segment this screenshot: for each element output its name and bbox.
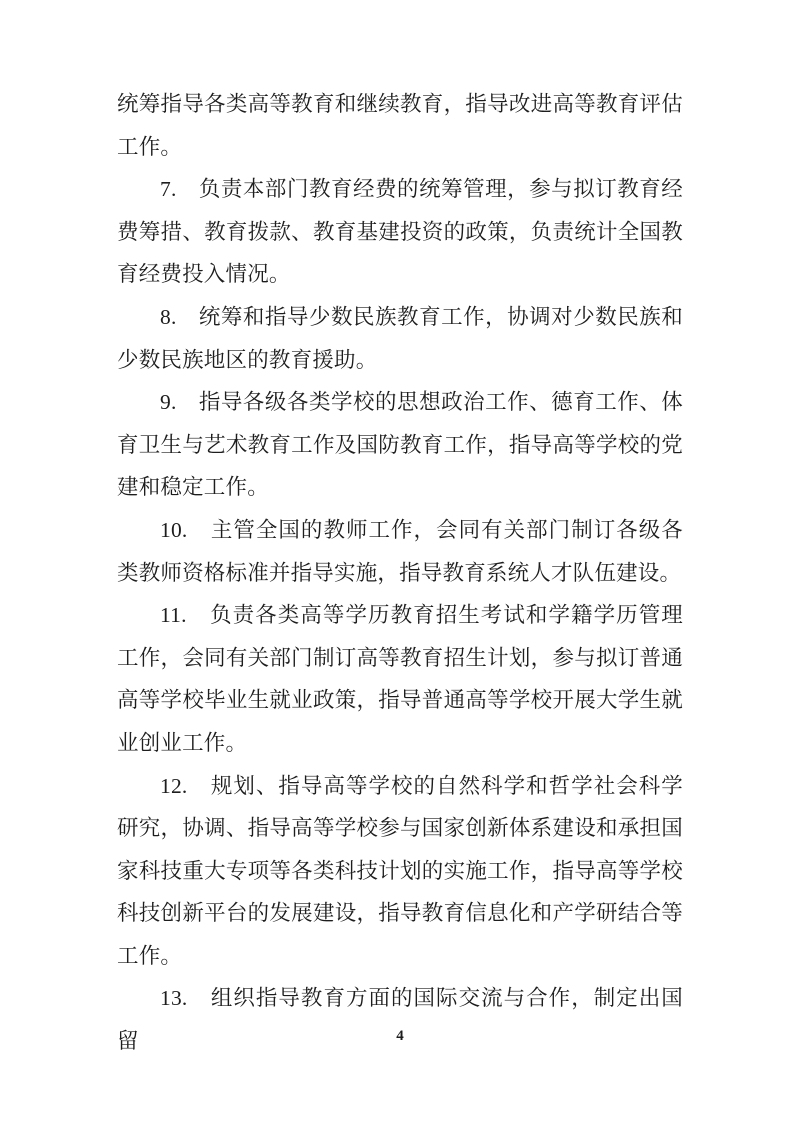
paragraph: 统筹指导各类高等教育和继续教育，指导改进高等教育评估工作。 — [117, 83, 683, 168]
document-body: 统筹指导各类高等教育和继续教育，指导改进高等教育评估工作。7. 负责本部门教育经… — [117, 83, 683, 1063]
document-page: 统筹指导各类高等教育和继续教育，指导改进高等教育评估工作。7. 负责本部门教育经… — [0, 0, 800, 1131]
paragraph: 13. 组织指导教育方面的国际交流与合作，制定出国留 — [117, 977, 683, 1062]
paragraph: 8. 统筹和指导少数民族教育工作，协调对少数民族和少数民族地区的教育援助。 — [117, 296, 683, 381]
paragraph: 12. 规划、指导高等学校的自然科学和哲学社会科学研究，协调、指导高等学校参与国… — [117, 765, 683, 978]
paragraph: 7. 负责本部门教育经费的统筹管理，参与拟订教育经费筹措、教育拨款、教育基建投资… — [117, 168, 683, 296]
page-number: 4 — [0, 1028, 800, 1045]
paragraph: 10. 主管全国的教师工作，会同有关部门制订各级各类教师资格标准并指导实施，指导… — [117, 509, 683, 594]
paragraph: 11. 负责各类高等学历教育招生考试和学籍学历管理工作，会同有关部门制订高等教育… — [117, 594, 683, 764]
paragraph: 9. 指导各级各类学校的思想政治工作、德育工作、体育卫生与艺术教育工作及国防教育… — [117, 381, 683, 509]
